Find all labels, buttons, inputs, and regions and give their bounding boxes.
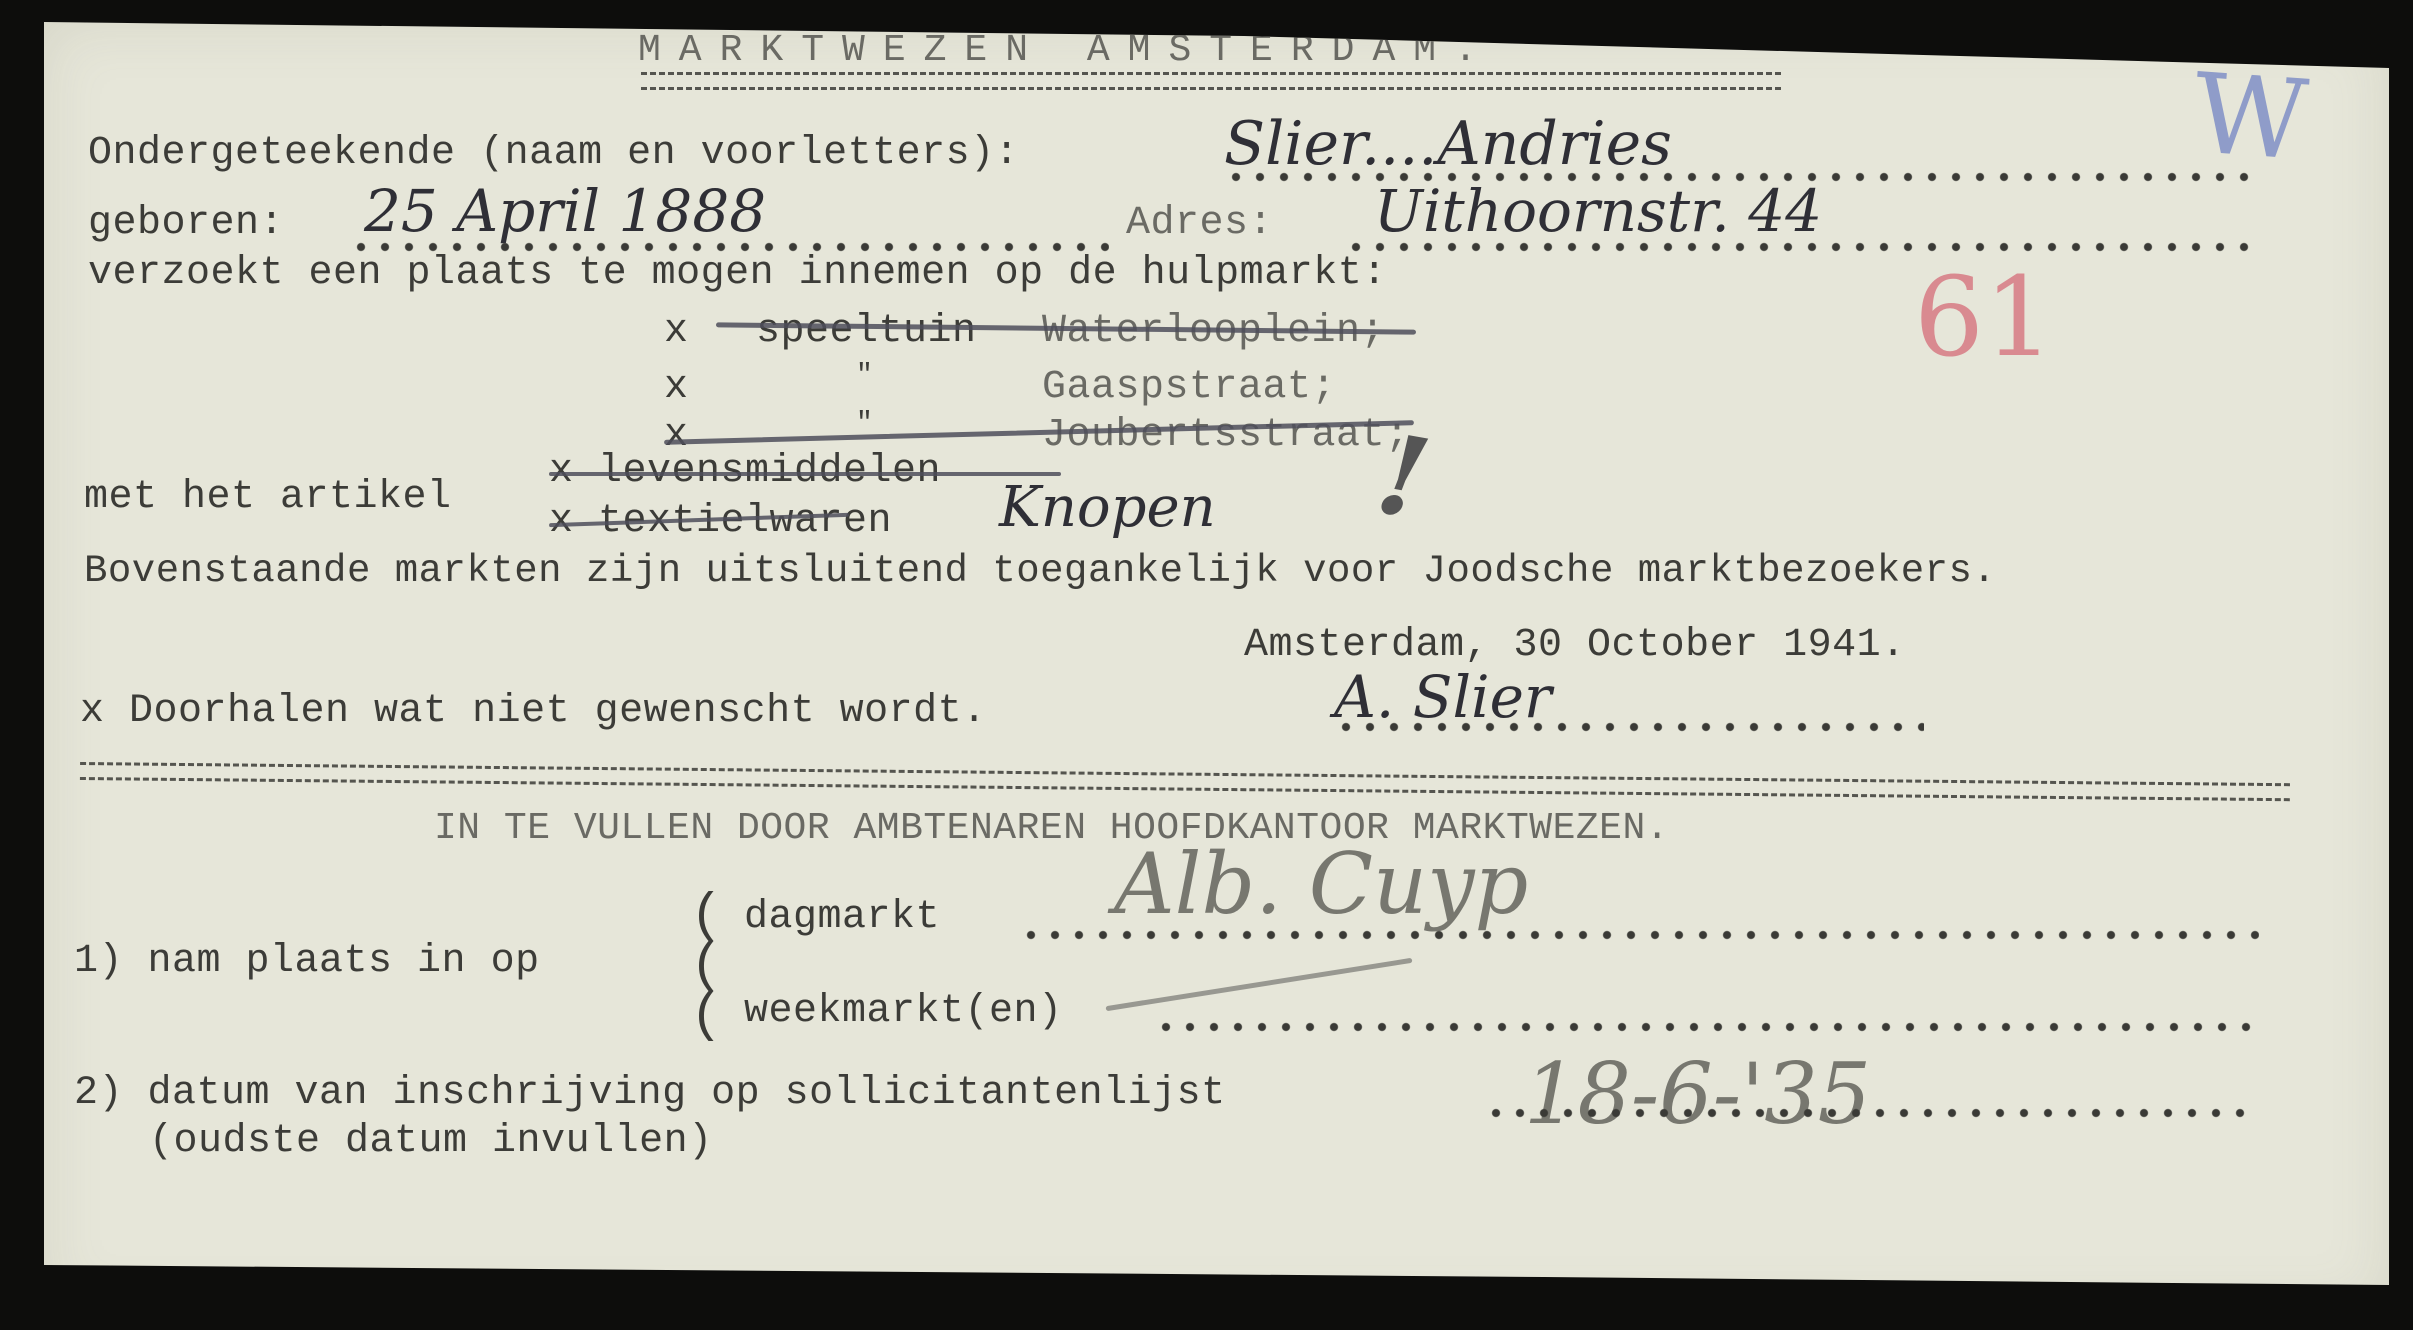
- footnote: x Doorhalen wat niet gewenscht wordt.: [80, 692, 987, 732]
- bracket-bottom: (: [690, 990, 723, 1044]
- item2-label: 2) datum van inschrijving op sollicitant…: [74, 1074, 1226, 1114]
- article-label: met het artikel: [84, 478, 452, 518]
- item2-value: 18-6-'35: [1524, 1052, 1871, 1136]
- signature-dotted-line: [1334, 722, 1924, 732]
- section-divider: [80, 762, 2290, 801]
- born-label: geboren:: [88, 204, 284, 244]
- weekmarkt-label: weekmarkt(en): [744, 992, 1063, 1032]
- signature: A. Slier: [1334, 668, 1552, 726]
- notice-text: Bovenstaande markten zijn uitsluitend to…: [84, 552, 1996, 591]
- dagmarkt-label: dagmarkt: [744, 898, 940, 938]
- form-title: MARKTWEZEN AMSTERDAM.: [638, 32, 1495, 70]
- place-date: Amsterdam, 30 October 1941.: [1244, 626, 1906, 666]
- market-prefix-1: speeltuin: [756, 312, 977, 352]
- title-underline: [641, 72, 1781, 90]
- market-name-2: Gaaspstraat;: [1042, 368, 1336, 408]
- name-value: Slier....Andries: [1224, 114, 1672, 174]
- weekmarkt-strike: [1106, 958, 1413, 1011]
- dagmarkt-value: Alb. Cuyp: [1114, 842, 1528, 926]
- request-text: verzoekt een plaats te mogen innemen op …: [88, 254, 1387, 294]
- blue-mark-annotation: W: [2190, 58, 2310, 176]
- dagmarkt-dotted-line: [1019, 930, 2259, 940]
- market-prefix-2: ": [856, 362, 873, 390]
- name-label: Ondergeteekende (naam en voorletters):: [88, 134, 1019, 174]
- born-value: 25 April 1888: [364, 182, 766, 240]
- red-number-annotation: 61: [1914, 262, 2054, 372]
- article-handwritten: Knopen: [999, 480, 1216, 536]
- item2-sub: (oudste datum invullen): [149, 1122, 713, 1162]
- market-mark-2: x: [664, 368, 689, 408]
- address-dotted-line: [1344, 242, 2260, 252]
- strike-article-1: [549, 472, 1061, 476]
- address-value: Uithoornstr. 44: [1374, 182, 1822, 240]
- address-label: Adres:: [1126, 204, 1273, 244]
- item2-dotted-line: [1484, 1108, 2259, 1118]
- form-card: MARKTWEZEN AMSTERDAM. Ondergeteekende (n…: [44, 22, 2389, 1312]
- weekmarkt-dotted-line: [1154, 1022, 2259, 1032]
- market-mark-1: x: [664, 312, 689, 352]
- item1-label: 1) nam plaats in op: [74, 942, 540, 982]
